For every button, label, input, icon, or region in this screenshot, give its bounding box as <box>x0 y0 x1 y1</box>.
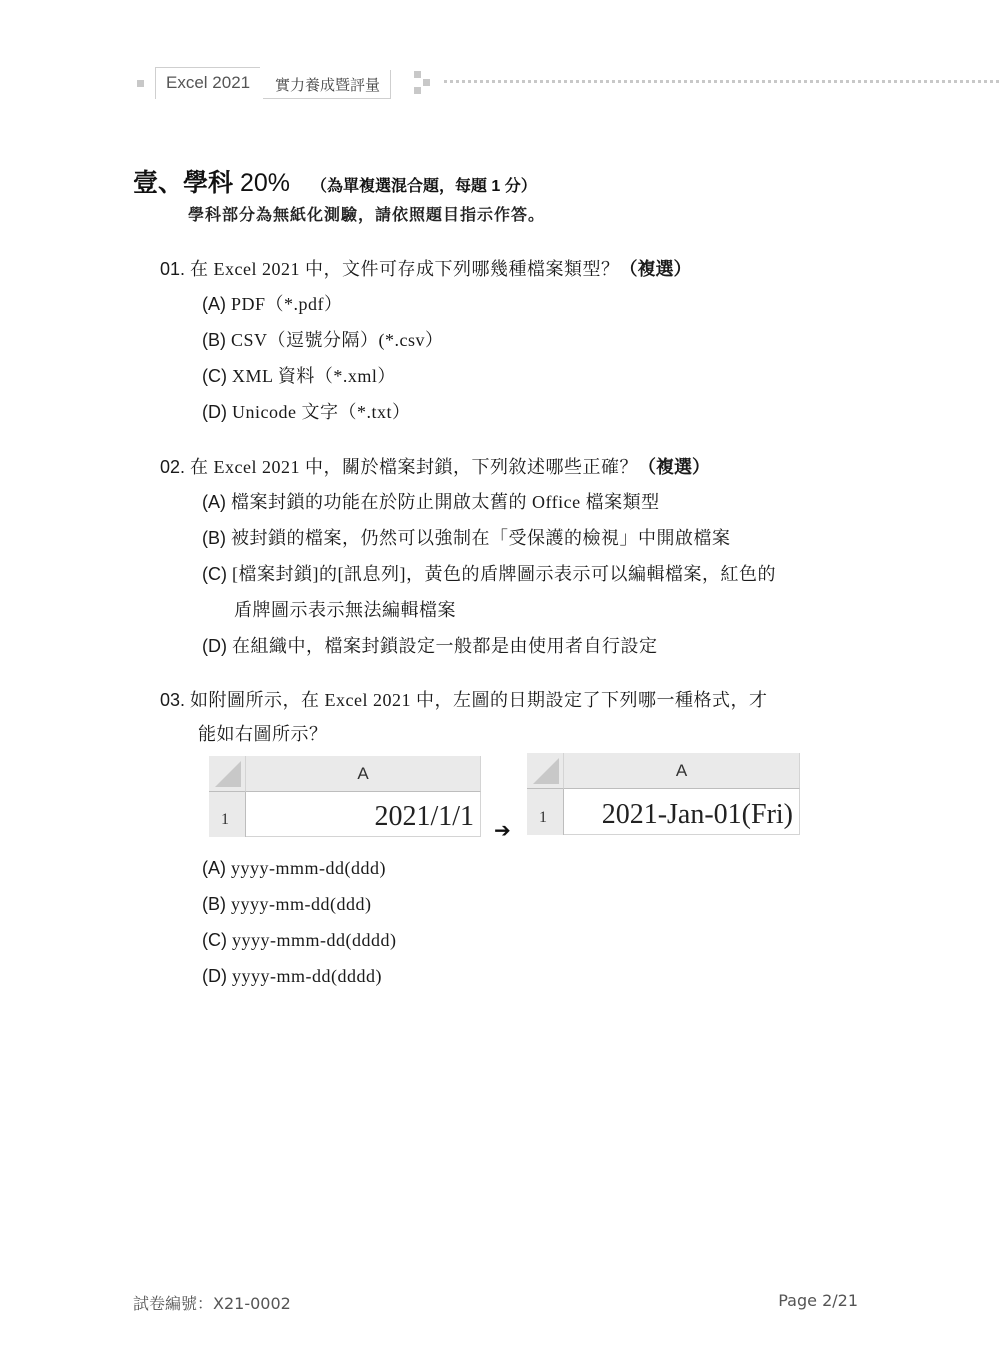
header-square-icon <box>414 71 421 78</box>
question-number: 03. <box>160 690 185 710</box>
option-01-a[interactable]: (A) PDF（*.pdf） <box>202 290 343 316</box>
header-subtitle: 實力養成暨評量 <box>263 70 391 99</box>
cell-a1: 2021-Jan-01(Fri) <box>564 789 800 835</box>
question-03: 03. 如附圖所示，在 Excel 2021 中，左圖的日期設定了下列哪一種格式… <box>160 686 768 712</box>
option-text: CSV（逗號分隔）(*.csv） <box>231 330 444 350</box>
option-label: (C) <box>202 366 227 386</box>
header-square-icon <box>137 80 144 87</box>
header-square-icon <box>423 79 430 86</box>
select-all-corner-icon <box>209 756 246 792</box>
option-label: (A) <box>202 858 226 878</box>
option-label: (A) <box>202 294 226 314</box>
question-stem: 在 Excel 2021 中，關於檔案封鎖，下列敘述哪些正確？ <box>190 457 638 477</box>
question-number: 01. <box>160 259 185 279</box>
option-text: yyyy-mm-dd(ddd) <box>231 894 371 914</box>
option-label: (B) <box>202 894 226 914</box>
option-text: 在組織中，檔案封鎖設定一般都是由使用者自行設定 <box>232 636 658 656</box>
row-header-1: 1 <box>209 792 246 837</box>
question-number: 02. <box>160 457 185 477</box>
option-label: (B) <box>202 528 226 548</box>
row-header-1: 1 <box>527 789 564 835</box>
option-label: (D) <box>202 636 227 656</box>
section-instruction: 學科部分為無紙化測驗，請依照題目指示作答。 <box>188 202 545 225</box>
option-text: XML 資料（*.xml） <box>232 366 396 386</box>
question-01: 01. 在 Excel 2021 中，文件可存成下列哪幾種檔案類型？（複選） <box>160 255 692 281</box>
question-02: 02. 在 Excel 2021 中，關於檔案封鎖，下列敘述哪些正確？（複選） <box>160 453 710 479</box>
option-02-d[interactable]: (D) 在組織中，檔案封鎖設定一般都是由使用者自行設定 <box>202 632 658 658</box>
option-01-d[interactable]: (D) Unicode 文字（*.txt） <box>202 398 411 424</box>
arrow-right-icon: ➔ <box>494 818 511 843</box>
section-title-text: 壹、學科 <box>133 169 233 197</box>
header-book-title-box: Excel 2021 <box>155 67 260 99</box>
option-03-c[interactable]: (C) yyyy-mmm-dd(dddd) <box>202 930 397 951</box>
option-03-a[interactable]: (A) yyyy-mmm-dd(ddd) <box>202 858 386 879</box>
exam-id: 試卷編號：X21-0002 <box>133 1291 291 1314</box>
header-dotted-rule <box>444 80 1000 83</box>
select-all-corner-icon <box>527 753 564 789</box>
option-label: (C) <box>202 930 227 950</box>
option-03-d[interactable]: (D) yyyy-mm-dd(dddd) <box>202 966 382 987</box>
option-text: [檔案封鎖]的[訊息列]，黃色的盾牌圖示表示可以編輯檔案，紅色的 <box>232 564 776 584</box>
option-02-c-continued: 盾牌圖示表示無法編輯檔案 <box>234 596 456 622</box>
excel-sheet-before: A 1 2021/1/1 <box>209 756 481 837</box>
option-text: yyyy-mmm-dd(ddd) <box>231 858 386 878</box>
option-text: yyyy-mmm-dd(dddd) <box>232 930 396 950</box>
option-01-c[interactable]: (C) XML 資料（*.xml） <box>202 362 396 388</box>
column-header-a: A <box>564 753 800 789</box>
option-text: Unicode 文字（*.txt） <box>232 402 410 422</box>
question-stem: 如附圖所示，在 Excel 2021 中，左圖的日期設定了下列哪一種格式，才 <box>190 690 767 710</box>
option-text: 檔案封鎖的功能在於防止開啟太舊的 Office 檔案類型 <box>231 492 660 512</box>
option-label: (B) <box>202 330 226 350</box>
option-text: yyyy-mm-dd(dddd) <box>232 966 382 986</box>
section-percent: 20% <box>240 169 290 197</box>
option-text: PDF（*.pdf） <box>231 294 343 314</box>
section-title: 壹、學科 20% （為單複選混合題，每題 1 分） <box>133 163 537 199</box>
question-03-stem-continued: 能如右圖所示？ <box>198 720 328 746</box>
page-number: Page 2/21 <box>778 1291 858 1310</box>
option-label: (A) <box>202 492 226 512</box>
question-tag: （複選） <box>638 457 710 477</box>
option-02-a[interactable]: (A) 檔案封鎖的功能在於防止開啟太舊的 Office 檔案類型 <box>202 488 660 514</box>
option-02-b[interactable]: (B) 被封鎖的檔案，仍然可以強制在「受保護的檢視」中開啟檔案 <box>202 524 731 550</box>
column-header-a: A <box>246 756 481 792</box>
option-02-c[interactable]: (C) [檔案封鎖]的[訊息列]，黃色的盾牌圖示表示可以編輯檔案，紅色的 <box>202 560 776 586</box>
question-tag: （複選） <box>620 259 692 279</box>
option-01-b[interactable]: (B) CSV（逗號分隔）(*.csv） <box>202 326 444 352</box>
option-label: (D) <box>202 966 227 986</box>
option-text: 被封鎖的檔案，仍然可以強制在「受保護的檢視」中開啟檔案 <box>231 528 731 548</box>
header-square-icon <box>414 87 421 94</box>
cell-a1: 2021/1/1 <box>246 792 481 837</box>
option-03-b[interactable]: (B) yyyy-mm-dd(ddd) <box>202 894 372 915</box>
section-note: （為單複選混合題，每題 1 分） <box>311 178 537 195</box>
header-book-title: Excel 2021 <box>156 72 260 99</box>
option-label: (D) <box>202 402 227 422</box>
question-stem: 在 Excel 2021 中，文件可存成下列哪幾種檔案類型？ <box>190 259 619 279</box>
excel-sheet-after: A 1 2021-Jan-01(Fri) <box>527 753 800 835</box>
option-label: (C) <box>202 564 227 584</box>
